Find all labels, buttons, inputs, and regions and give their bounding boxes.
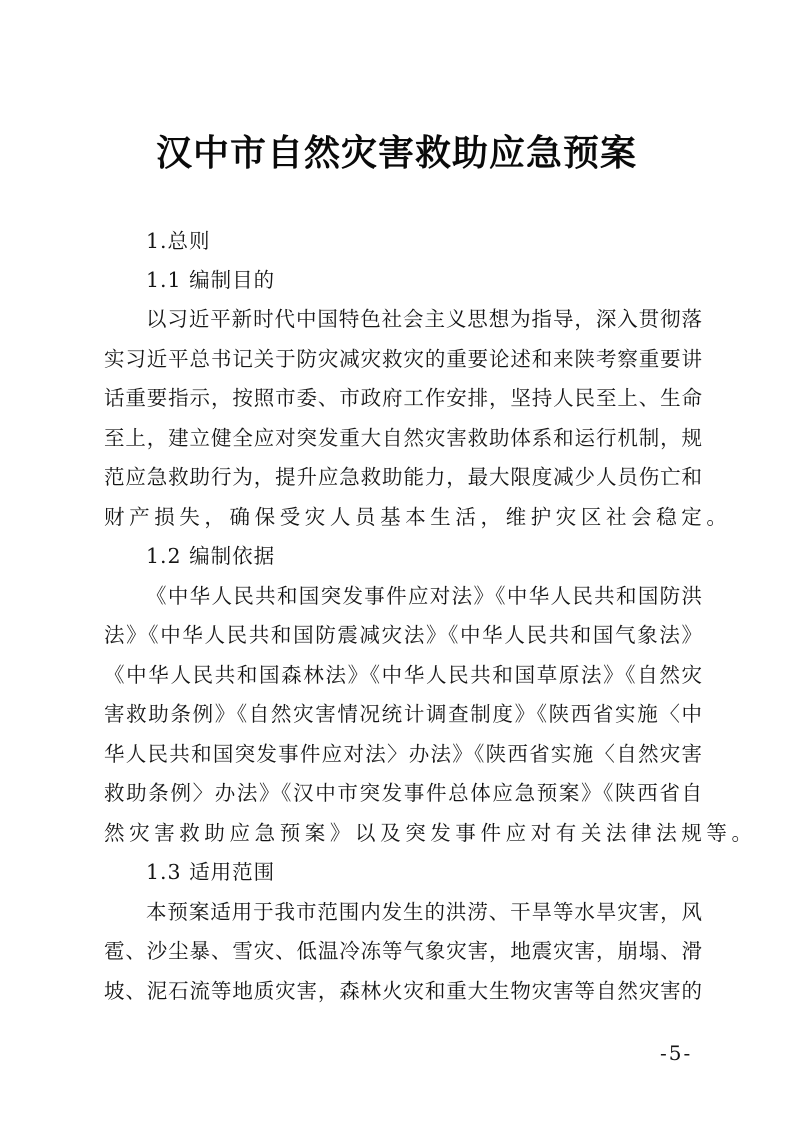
paragraph-line: 财产损失，确保受灾人员基本生活，维护灾区社会稳定。 [104, 502, 704, 532]
paragraph-line: 坡、泥石流等地质灾害，森林火灾和重大生物灾害等自然灾害的 [104, 976, 702, 1006]
paragraph-line: 范应急救助行为，提升应急救助能力，最大限度减少人员伤亡和 [104, 462, 702, 492]
paragraph-line: 至上，建立健全应对突发重大自然灾害救助体系和运行机制，规 [104, 423, 702, 453]
paragraph-line: 《中华人民共和国突发事件应对法》《中华人民共和国防洪 [146, 581, 702, 611]
section-heading-1-3: 1.3 适用范围 [146, 857, 746, 887]
document-page: 汉中市自然灾害救助应急预案 1.总则 1.1 编制目的 以习近平新时代中国特色社… [0, 0, 793, 1122]
section-heading-1-1: 1.1 编制目的 [146, 265, 746, 295]
paragraph-line: 实习近平总书记关于防灾减灾救灾的重要论述和来陕考察重要讲 [104, 344, 702, 374]
paragraph-line: 救助条例〉办法》《汉中市突发事件总体应急预案》《陕西省自 [104, 778, 702, 808]
document-title: 汉中市自然灾害救助应急预案 [0, 128, 793, 178]
section-heading-1-2: 1.2 编制依据 [146, 541, 746, 571]
paragraph-line: 以习近平新时代中国特色社会主义思想为指导，深入贯彻落 [146, 304, 702, 334]
paragraph-line: 然灾害救助应急预案》以及突发事件应对有关法律法规等。 [104, 818, 704, 848]
section-heading-1: 1.总则 [146, 226, 746, 256]
paragraph-line: 法》《中华人民共和国防震减灾法》《中华人民共和国气象法》 [104, 620, 702, 650]
paragraph-line: 华人民共和国突发事件应对法〉办法》《陕西省实施〈自然灾害 [104, 739, 702, 769]
page-number: -5- [660, 1040, 692, 1066]
paragraph-line: 害救助条例》《自然灾害情况统计调查制度》《陕西省实施〈中 [104, 699, 702, 729]
paragraph-line: 本预案适用于我市范围内发生的洪涝、干旱等水旱灾害，风 [146, 897, 702, 927]
paragraph-line: 《中华人民共和国森林法》《中华人民共和国草原法》《自然灾 [104, 660, 702, 690]
paragraph-line: 雹、沙尘暴、雪灾、低温冷冻等气象灾害，地震灾害，崩塌、滑 [104, 936, 702, 966]
paragraph-line: 话重要指示，按照市委、市政府工作安排，坚持人民至上、生命 [104, 383, 702, 413]
